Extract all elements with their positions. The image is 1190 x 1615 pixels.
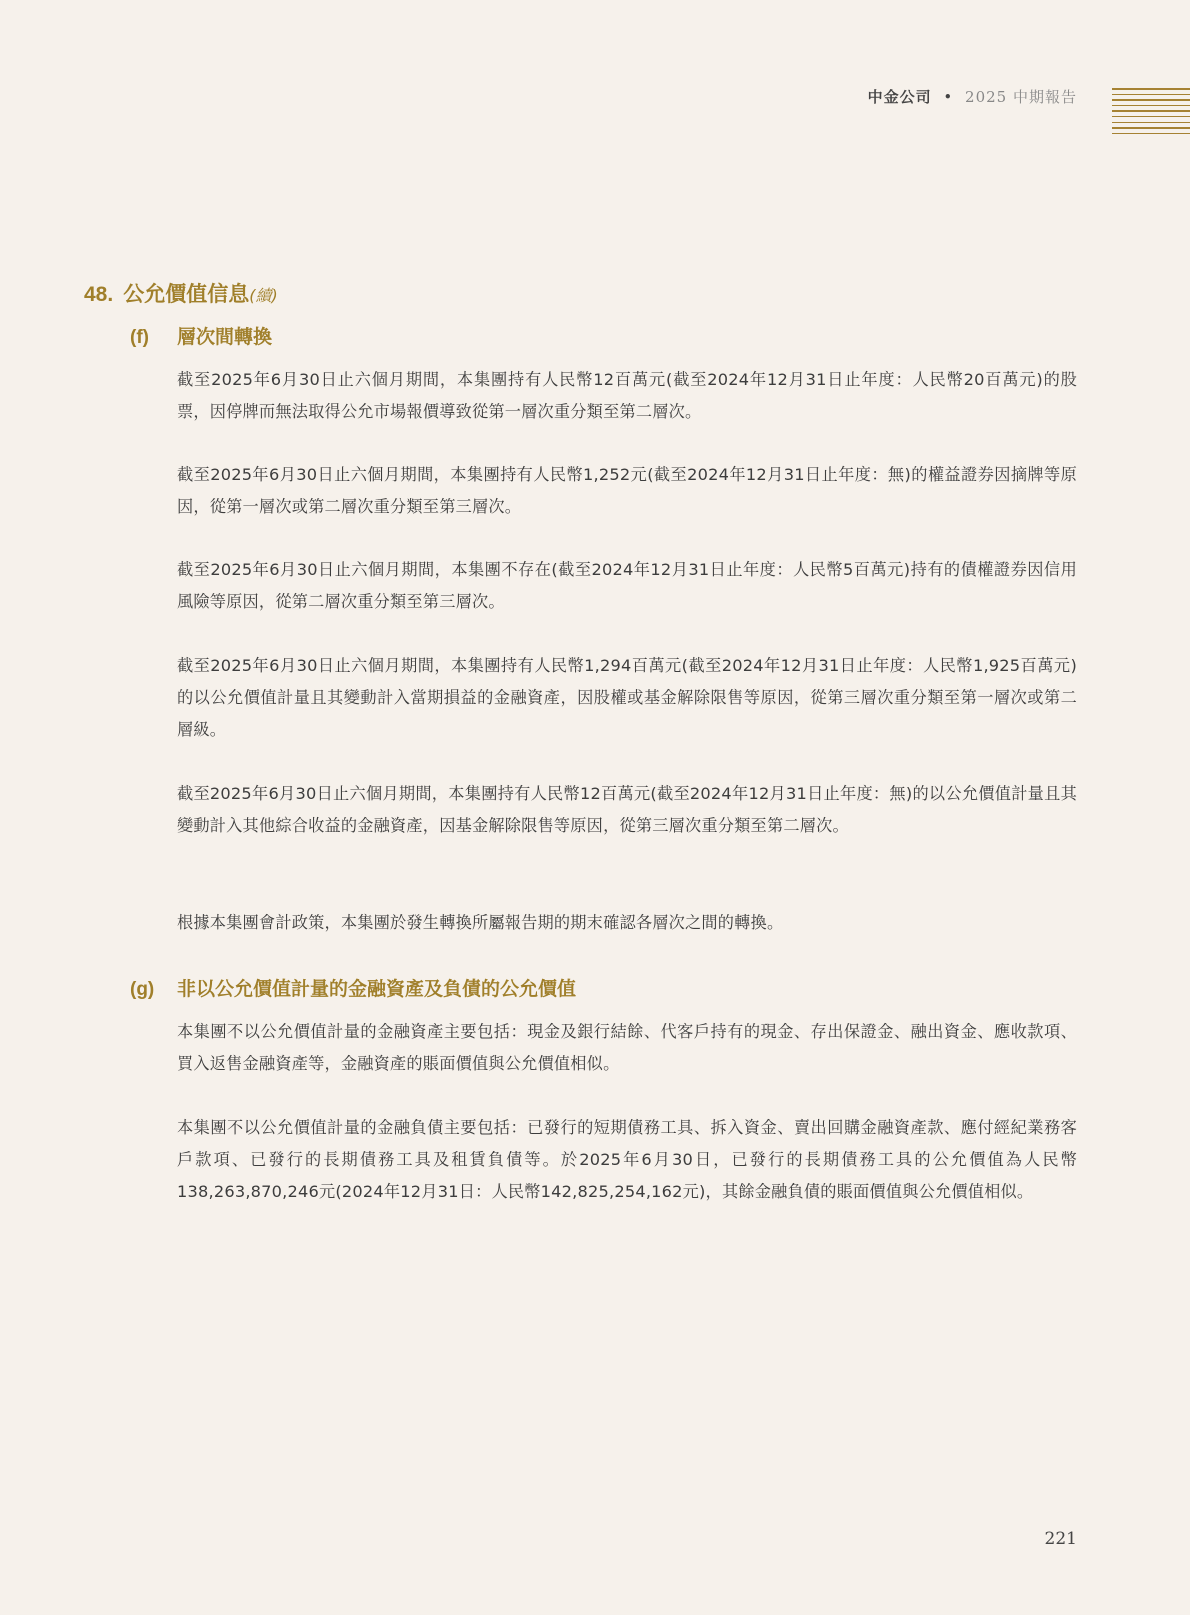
paragraph: 本集團不以公允價值計量的金融負債主要包括：已發行的短期債務工具、拆入資金、賣出回… bbox=[177, 1112, 1077, 1208]
section-heading: 48.公允價值信息(續) bbox=[84, 278, 278, 308]
paragraph: 截至2025年6月30日止六個月期間，本集團不存在(截至2024年12月31日止… bbox=[177, 554, 1077, 618]
paragraph: 截至2025年6月30日止六個月期間，本集團持有人民幣12百萬元(截至2024年… bbox=[177, 364, 1077, 428]
paragraph: 截至2025年6月30日止六個月期間，本集團持有人民幣12百萬元(截至2024年… bbox=[177, 778, 1077, 842]
section-continued: (續) bbox=[249, 286, 278, 305]
subsection-heading-g: (g)非以公允價值計量的金融資產及負債的公允價值 bbox=[130, 974, 576, 1001]
subsection-label: (f) bbox=[130, 327, 177, 349]
subsection-title: 非以公允價值計量的金融資產及負債的公允價值 bbox=[177, 978, 576, 1000]
paragraph: 截至2025年6月30日止六個月期間，本集團持有人民幣1,294百萬元(截至20… bbox=[177, 650, 1077, 746]
section-title: 公允價值信息 bbox=[123, 282, 249, 306]
section-number: 48. bbox=[84, 283, 113, 306]
header-company: 中金公司 bbox=[868, 88, 932, 106]
paragraph: 截至2025年6月30日止六個月期間，本集團持有人民幣1,252元(截至2024… bbox=[177, 459, 1077, 523]
decorative-lines bbox=[1112, 88, 1190, 136]
running-header: 中金公司 • 2025 中期報告 bbox=[868, 86, 1077, 107]
header-report-title: 2025 中期報告 bbox=[965, 88, 1077, 106]
header-bullet: • bbox=[943, 88, 953, 106]
subsection-label: (g) bbox=[130, 979, 177, 1001]
subsection-title: 層次間轉換 bbox=[177, 326, 272, 348]
paragraph: 根據本集團會計政策，本集團於發生轉換所屬報告期的期末確認各層次之間的轉換。 bbox=[177, 907, 1077, 939]
paragraph: 本集團不以公允價值計量的金融資產主要包括：現金及銀行結餘、代客戶持有的現金、存出… bbox=[177, 1016, 1077, 1080]
page-number: 221 bbox=[1045, 1529, 1077, 1549]
subsection-heading-f: (f)層次間轉換 bbox=[130, 322, 272, 349]
